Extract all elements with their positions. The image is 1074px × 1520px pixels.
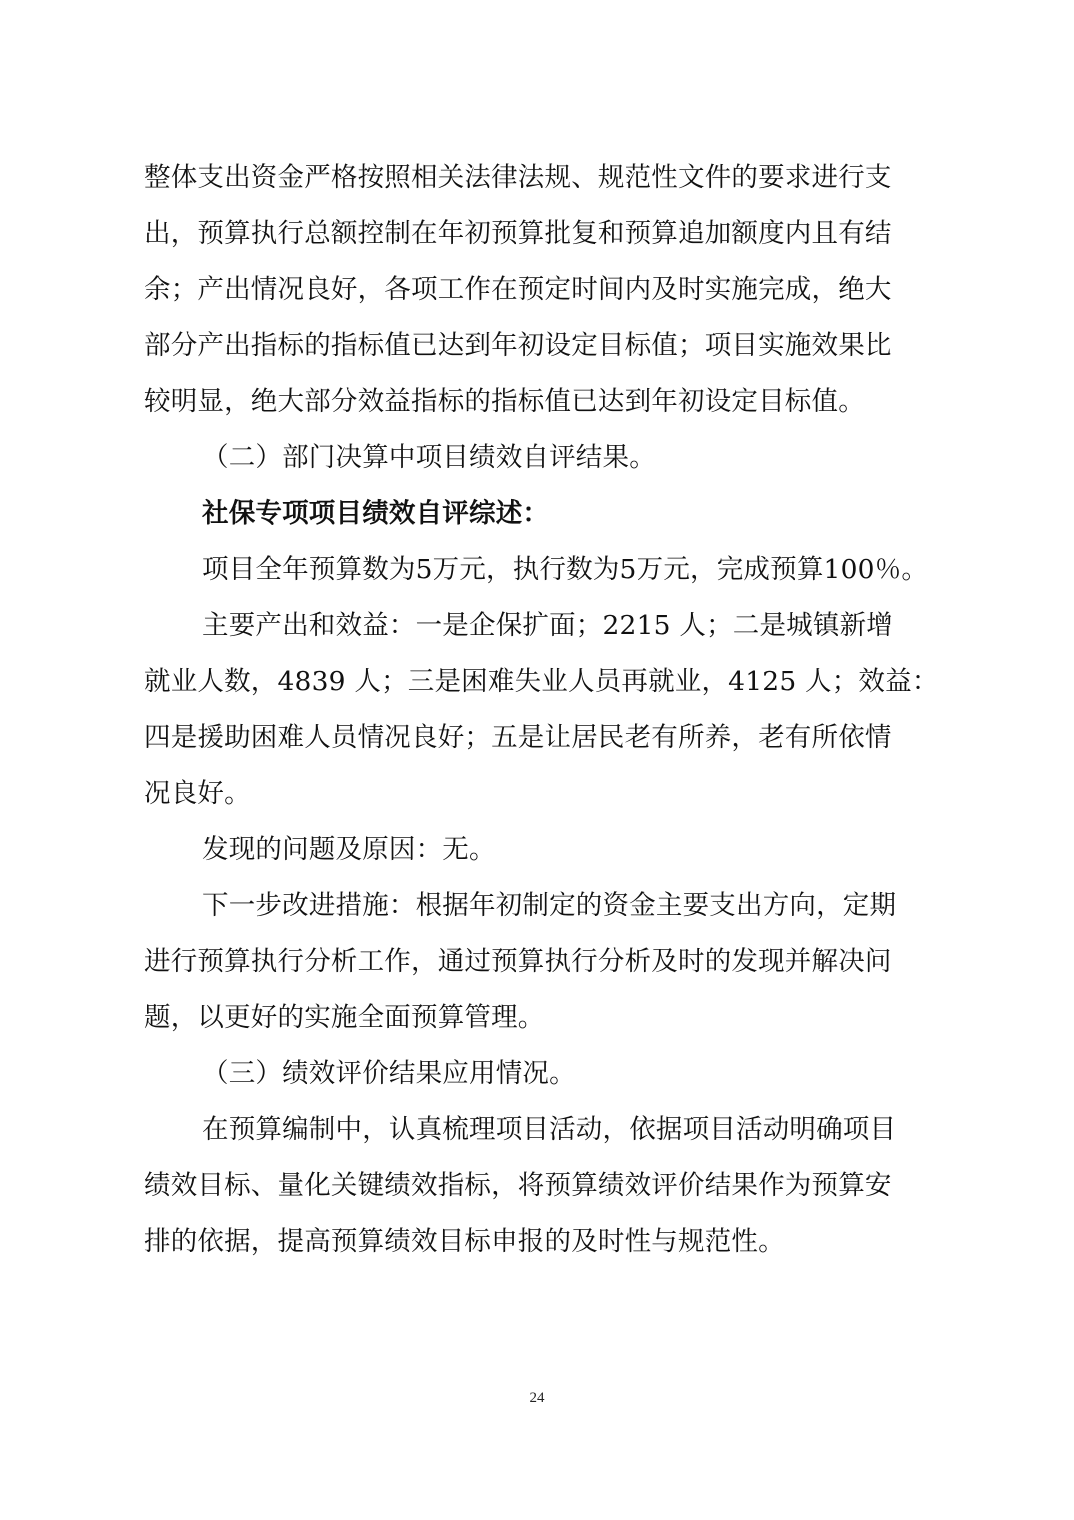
paragraph-line: 整体支出资金严格按照相关法律法规、规范性文件的要求进行支: [144, 158, 892, 198]
paragraph-line: 进行预算执行分析工作，通过预算执行分析及时的发现并解决问: [144, 942, 892, 982]
paragraph-line: 四是援助困难人员情况良好；五是让居民老有所养，老有所依情: [144, 718, 892, 758]
paragraph-line: 部分产出指标的指标值已达到年初设定目标值；项目实施效果比: [144, 326, 892, 366]
page-number: 24: [0, 1390, 1074, 1407]
paragraph-line: 出，预算执行总额控制在年初预算批复和预算追加额度内且有结: [144, 214, 892, 254]
paragraph-line: 绩效目标、量化关键绩效指标，将预算绩效评价结果作为预算安: [144, 1166, 892, 1206]
paragraph-line: 况良好。: [144, 774, 251, 814]
issues-line: 发现的问题及原因：无。: [202, 830, 496, 870]
budget-summary-line: 项目全年预算数为5万元，执行数为5万元，完成预算100％。: [202, 550, 928, 590]
paragraph-line: 余；产出情况良好，各项工作在预定时间内及时实施完成，绝大: [144, 270, 892, 310]
subsection-title-social-security: 社保专项项目绩效自评综述：: [202, 494, 549, 534]
section-heading-3: （三）绩效评价结果应用情况。: [202, 1054, 576, 1094]
paragraph-line: 下一步改进措施：根据年初制定的资金主要支出方向，定期: [202, 886, 896, 926]
paragraph-line: 主要产出和效益：一是企保扩面；2215 人；二是城镇新增: [202, 606, 893, 646]
paragraph-line: 就业人数，4839 人；三是困难失业人员再就业，4125 人；效益：: [144, 662, 939, 702]
paragraph-line: 在预算编制中，认真梳理项目活动，依据项目活动明确项目: [202, 1110, 896, 1150]
paragraph-line: 题，以更好的实施全面预算管理。: [144, 998, 545, 1038]
section-heading-2: （二）部门决算中项目绩效自评结果。: [202, 438, 656, 478]
paragraph-line: 排的依据，提高预算绩效目标申报的及时性与规范性。: [144, 1222, 785, 1262]
paragraph-line: 较明显，绝大部分效益指标的指标值已达到年初设定目标值。: [144, 382, 865, 422]
